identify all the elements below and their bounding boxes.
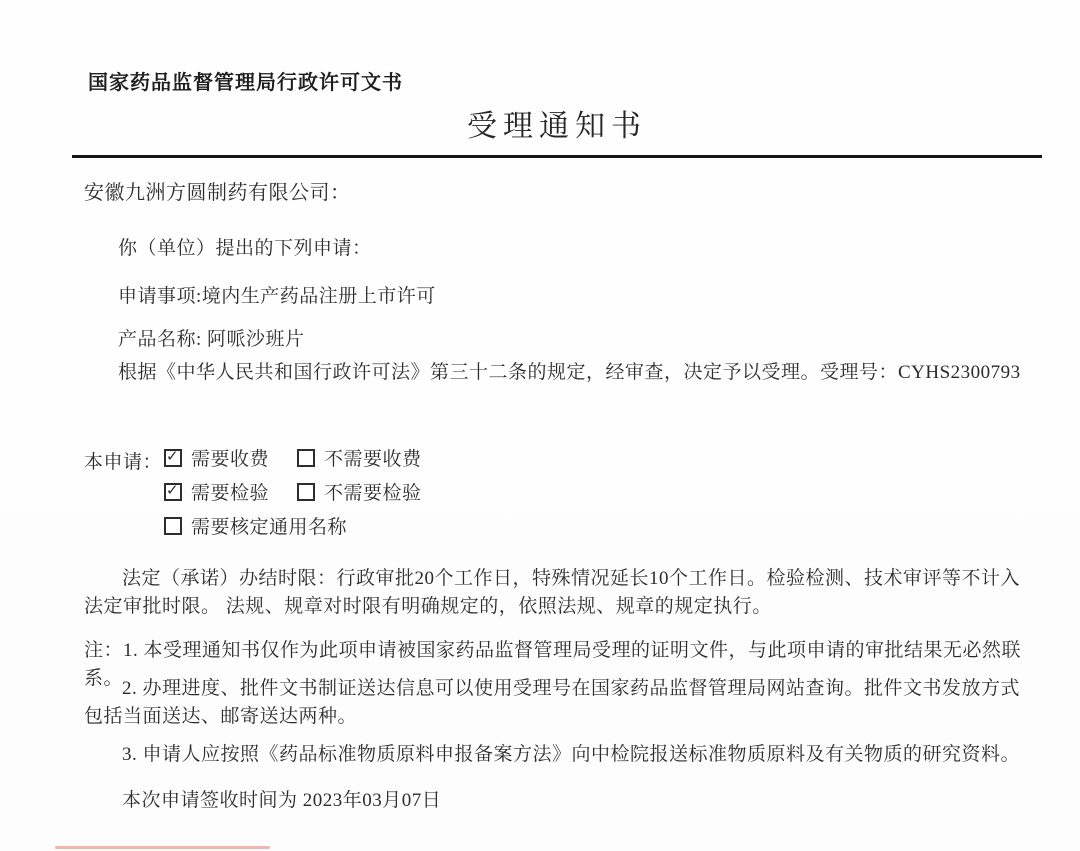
option-label: 不需要收费 <box>324 444 422 471</box>
product-name-line: 产品名称: 阿哌沙班片 <box>118 324 305 351</box>
acceptance-decision-line: 根据《中华人民共和国行政许可法》第三十二条的规定，经审查，决定予以受理。受理号：… <box>118 357 1048 384</box>
checkbox-unchecked-icon <box>164 517 182 535</box>
option-inspection-required: 需要检验 <box>164 478 269 505</box>
checkbox-checked-icon <box>164 483 182 501</box>
checkbox-unchecked-icon <box>297 449 315 467</box>
document-page: 国家药品监督管理局行政许可文书 受理通知书 安徽九洲方圆制药有限公司： 你（单位… <box>0 0 1080 851</box>
document-type-label: 国家药品监督管理局行政许可文书 <box>88 66 403 95</box>
checkbox-checked-icon <box>164 449 182 467</box>
page-title: 受理通知书 <box>72 101 1042 145</box>
application-item-line: 申请事项:境内生产药品注册上市许可 <box>118 281 436 308</box>
option-label: 需要核定通用名称 <box>191 512 347 539</box>
sign-date-line: 本次申请签收时间为 2023年03月07日 <box>84 787 1036 815</box>
option-inspection-not-required: 不需要检验 <box>297 478 422 505</box>
red-accent-strip <box>55 846 270 849</box>
note-3: 3. 申请人应按照《药品标准物质原料申报备案方法》向中检院报送标准物质原料及有关… <box>84 741 1036 769</box>
option-label: 不需要检验 <box>324 478 422 505</box>
intro-line: 你（单位）提出的下列申请： <box>118 233 372 260</box>
checkbox-row-inspection: 需要检验 不需要检验 <box>164 478 422 505</box>
option-label: 需要收费 <box>191 444 269 471</box>
option-fee-required: 需要收费 <box>164 444 269 471</box>
option-generic-name-approval: 需要核定通用名称 <box>164 512 347 539</box>
checkbox-unchecked-icon <box>297 483 315 501</box>
recipient-name: 安徽九洲方圆制药有限公司： <box>84 176 351 205</box>
checkbox-row-generic-name: 需要核定通用名称 <box>164 512 347 539</box>
option-fee-not-required: 不需要收费 <box>297 444 422 471</box>
form-section-label: 本申请： <box>84 447 162 474</box>
time-limit-paragraph: 法定（承诺）办结时限：行政审批20个工作日，特殊情况延长10个工作日。检验检测、… <box>84 565 1036 621</box>
title-divider <box>72 155 1042 158</box>
note-2: 2. 办理进度、批件文书制证送达信息可以使用受理号在国家药品监督管理局网站查询。… <box>84 675 1036 731</box>
checkbox-row-fee: 需要收费 不需要收费 <box>164 444 422 471</box>
option-label: 需要检验 <box>191 478 269 505</box>
